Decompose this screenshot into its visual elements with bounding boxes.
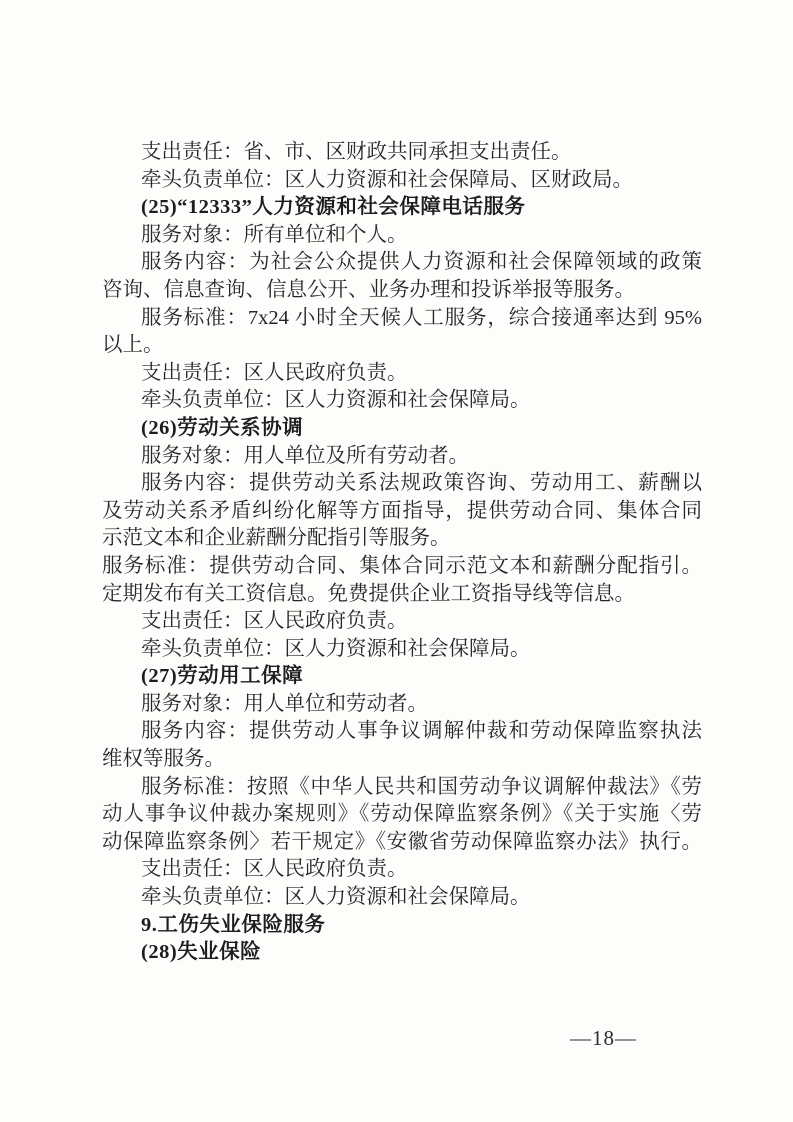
text-line: 服务对象：所有单位和个人。: [102, 222, 702, 250]
section-heading-line: 9.工伤失业保险服务: [102, 912, 702, 940]
text-line: 支出责任：区人民政府负责。: [102, 360, 702, 388]
text-line: 维权等服务。: [102, 746, 702, 774]
document-page: 支出责任：省、市、区财政共同承担支出责任。牵头负责单位：区人力资源和社会保障局、…: [0, 0, 793, 1122]
section-heading-line: (25)“12333”人力资源和社会保障电话服务: [102, 194, 702, 222]
text-line: 牵头负责单位：区人力资源和社会保障局。: [102, 636, 702, 664]
section-heading-line: (28)失业保险: [102, 939, 702, 967]
text-line: 以上。: [102, 332, 702, 360]
text-line: 牵头负责单位：区人力资源和社会保障局。: [102, 387, 702, 415]
text-line: 及劳动关系矛盾纠纷化解等方面指导，提供劳动合同、集体合同: [102, 498, 702, 526]
text-line: 服务内容：提供劳动人事争议调解仲裁和劳动保障监察执法: [102, 718, 702, 746]
text-line: 服务标准：按照《中华人民共和国劳动争议调解仲裁法》《劳: [102, 774, 702, 802]
section-heading-line: (26)劳动关系协调: [102, 415, 702, 443]
text-line: 支出责任：省、市、区财政共同承担支出责任。: [102, 139, 702, 167]
text-line: 服务标准：7x24 小时全天候人工服务，综合接通率达到 95%: [102, 305, 702, 333]
text-line: 支出责任：区人民政府负责。: [102, 856, 702, 884]
section-heading-line: (27)劳动用工保障: [102, 663, 702, 691]
text-line: 服务对象：用人单位及所有劳动者。: [102, 443, 702, 471]
text-line: 服务内容：提供劳动关系法规政策咨询、劳动用工、薪酬以: [102, 470, 702, 498]
document-body: 支出责任：省、市、区财政共同承担支出责任。牵头负责单位：区人力资源和社会保障局、…: [102, 139, 702, 967]
page-number: —18—: [570, 1026, 637, 1051]
text-line: 服务对象：用人单位和劳动者。: [102, 691, 702, 719]
text-line: 服务标准：提供劳动合同、集体合同示范文本和薪酬分配指引。: [102, 553, 702, 581]
text-line: 示范文本和企业薪酬分配指引等服务。: [102, 525, 702, 553]
text-line: 咨询、信息查询、信息公开、业务办理和投诉举报等服务。: [102, 277, 702, 305]
text-line: 动人事争议仲裁办案规则》《劳动保障监察条例》《关于实施〈劳: [102, 801, 702, 829]
text-line: 服务内容：为社会公众提供人力资源和社会保障领域的政策: [102, 249, 702, 277]
text-line: 定期发布有关工资信息。免费提供企业工资指导线等信息。: [102, 581, 702, 609]
text-line: 牵头负责单位：区人力资源和社会保障局、区财政局。: [102, 167, 702, 195]
text-line: 牵头负责单位：区人力资源和社会保障局。: [102, 884, 702, 912]
text-line: 支出责任：区人民政府负责。: [102, 608, 702, 636]
text-line: 动保障监察条例〉若干规定》《安徽省劳动保障监察办法》执行。: [102, 829, 702, 857]
